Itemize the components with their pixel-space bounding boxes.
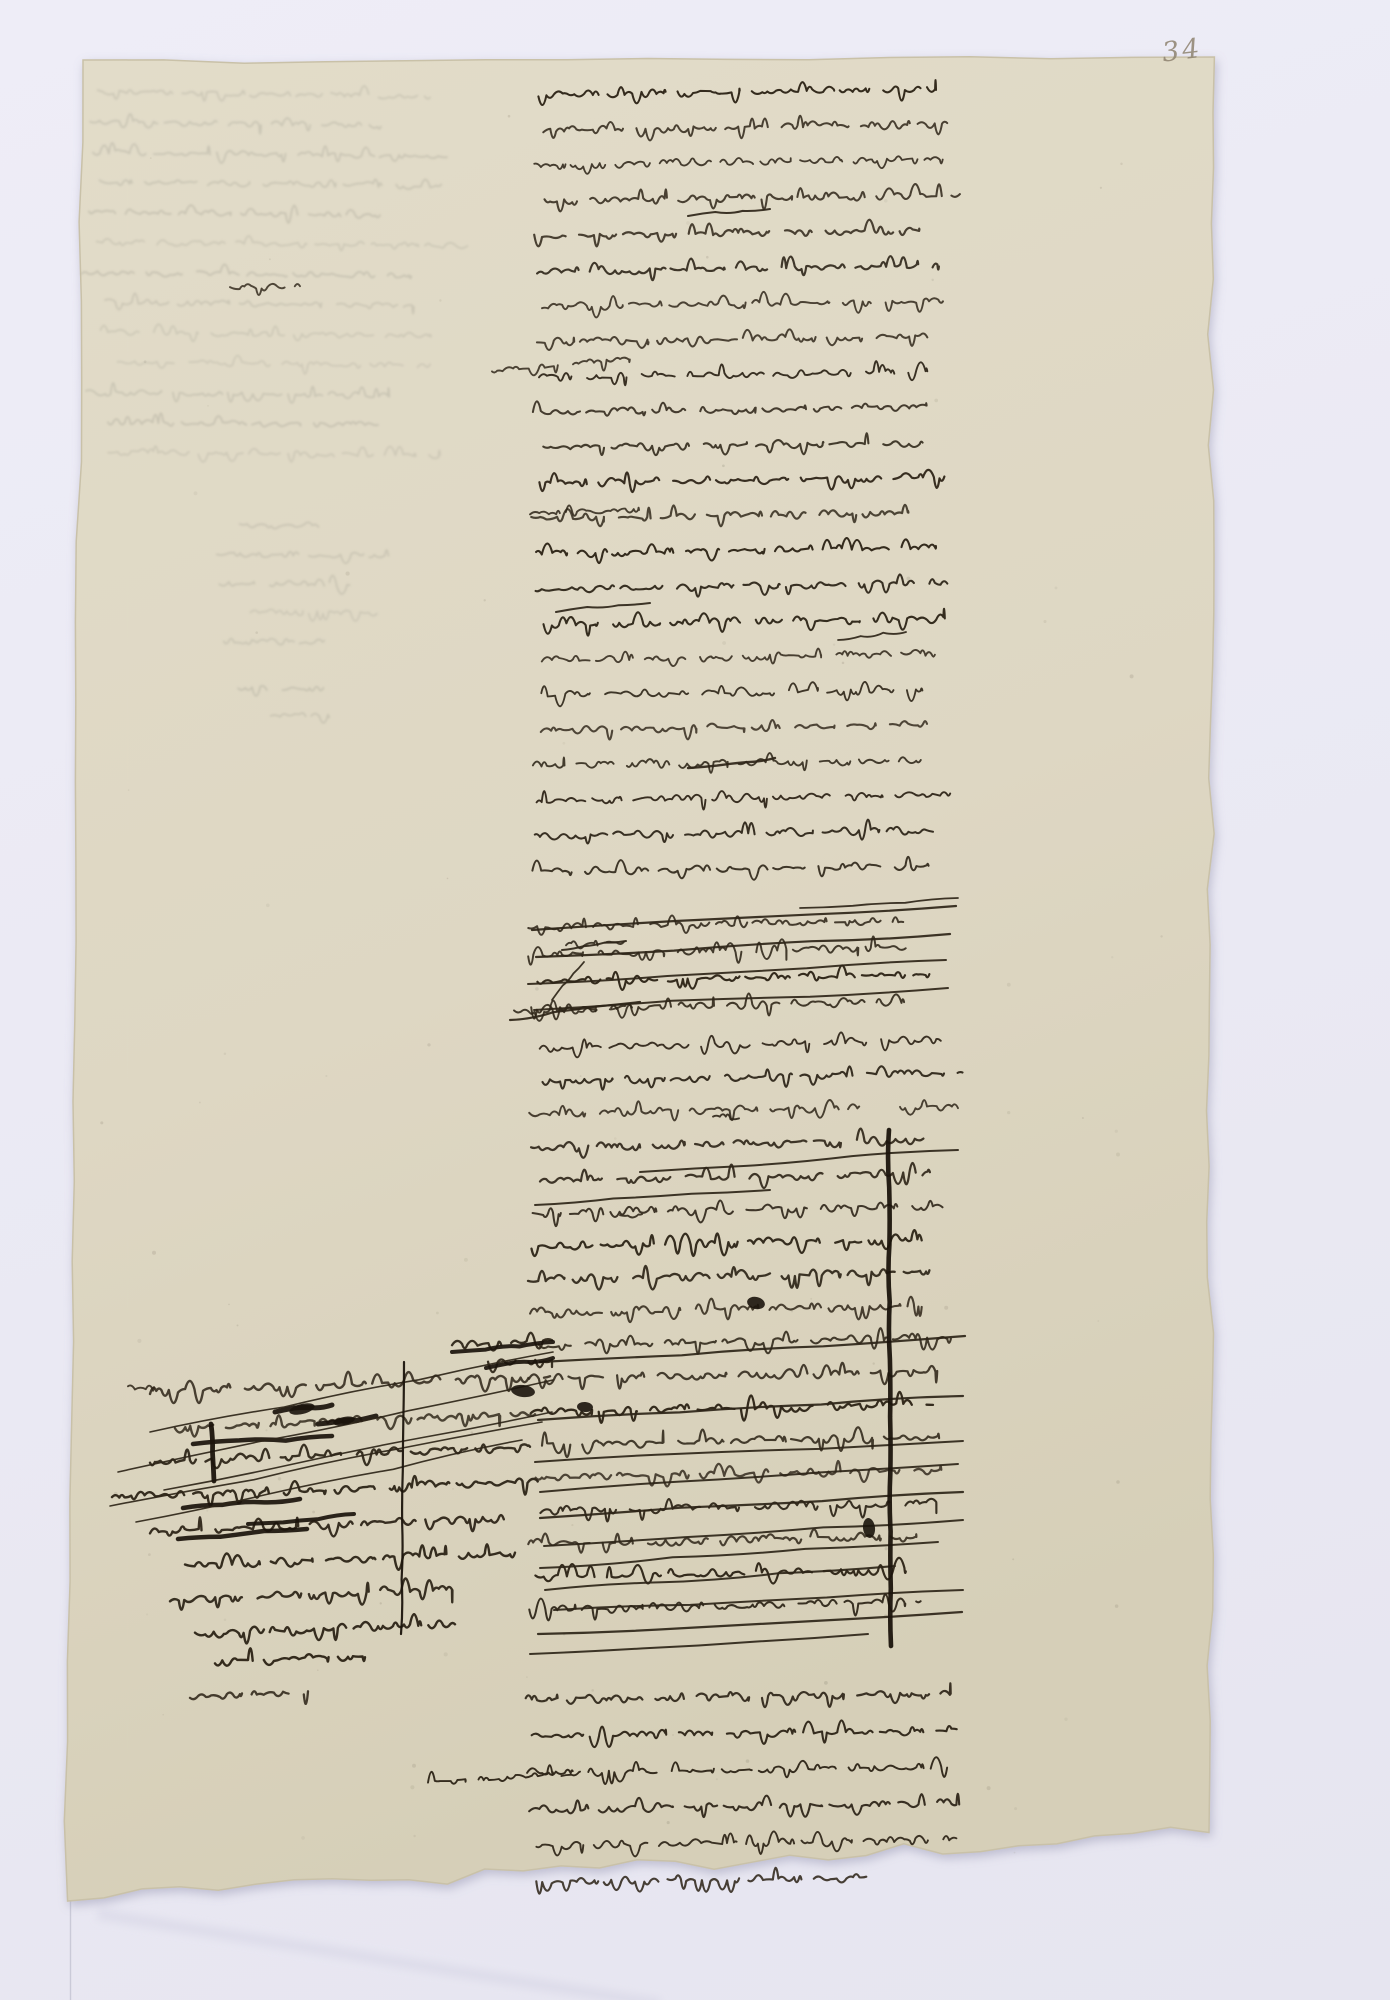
paper-speck: [128, 789, 130, 791]
paper-speck: [833, 643, 835, 645]
backdrop-details: [71, 1896, 661, 2000]
vertical-cancel-line: [888, 1130, 891, 1646]
script-line: [536, 1868, 866, 1894]
paper-speck: [580, 1075, 582, 1077]
paper-speck: [137, 1339, 141, 1343]
paper-speck: [146, 1613, 148, 1615]
paper-speck: [412, 1764, 416, 1768]
paper-speck: [452, 1488, 454, 1490]
paper-speck: [508, 115, 511, 118]
paper-speck: [1097, 1320, 1099, 1322]
paper-speck: [1115, 1130, 1118, 1133]
paper-speck: [237, 1324, 239, 1326]
paper-speck: [535, 987, 539, 991]
paper-speck: [1100, 187, 1102, 189]
paper-speck: [484, 599, 486, 601]
paper-speck: [885, 1547, 888, 1550]
paper-speck: [873, 1362, 875, 1364]
paper-speck: [824, 1681, 828, 1685]
paper-speck: [571, 1524, 573, 1526]
paper-speck: [591, 1689, 594, 1692]
paper-speck: [746, 1759, 750, 1763]
paper-speck: [148, 1553, 151, 1556]
paper-speck: [1043, 620, 1046, 623]
paper-speck: [722, 641, 726, 645]
paper-speck: [1115, 1604, 1119, 1608]
paper-speck: [228, 1304, 230, 1306]
paper-speck: [1082, 1117, 1084, 1119]
paper-speck: [207, 405, 209, 407]
paper-speck: [346, 572, 350, 576]
paper-speck: [265, 1429, 267, 1431]
paper-speck: [380, 1602, 382, 1604]
paper-speck: [672, 1734, 674, 1736]
paper-speck: [1116, 1153, 1120, 1157]
paper-speck: [1111, 956, 1113, 958]
paper-speck: [444, 1652, 448, 1656]
paper-speck: [162, 1714, 164, 1716]
paper-speck: [436, 1312, 439, 1315]
scan-backdrop: 34: [0, 0, 1390, 2000]
paper-speck: [150, 157, 152, 159]
manuscript-page: [0, 0, 1390, 2000]
paper-speck: [301, 1836, 305, 1840]
paper-speck: [194, 491, 198, 495]
vertical-cancel-line: [211, 1424, 214, 1481]
paper-speck: [325, 1075, 327, 1077]
paper-speck: [266, 904, 270, 908]
paper-speck: [1130, 674, 1134, 678]
paper-speck: [413, 1835, 415, 1837]
paper-speck: [934, 399, 938, 403]
paper-speck: [100, 1121, 103, 1124]
paper-speck: [224, 1619, 227, 1622]
paper-speck: [944, 1306, 948, 1310]
paper-speck: [931, 279, 933, 281]
paper-speck: [706, 256, 709, 259]
paper-speck: [686, 221, 690, 225]
paper-speck: [722, 464, 725, 467]
paper-speck: [1007, 1111, 1010, 1114]
backdrop-crease: [98, 1914, 660, 2000]
paper-speck: [987, 1786, 991, 1790]
paper-speck: [447, 878, 449, 880]
paper-speck: [1007, 983, 1011, 987]
paper-speck: [1014, 1807, 1017, 1810]
paper-speck: [278, 1477, 281, 1480]
paper-speck: [1014, 1852, 1016, 1854]
paper-speck: [842, 662, 845, 665]
paper-speck: [317, 1669, 319, 1671]
paper-speck: [1055, 586, 1058, 589]
paper-speck: [1012, 1558, 1014, 1560]
paper-speck: [206, 1510, 208, 1512]
paper-speck: [199, 1102, 201, 1104]
paper-speck: [152, 1251, 156, 1255]
paper-speck: [464, 1258, 468, 1262]
paper-speck: [884, 199, 888, 203]
paper-speck: [255, 631, 258, 634]
paper-speck: [1064, 1718, 1067, 1721]
paper-speck: [410, 1785, 414, 1789]
paper-speck: [312, 1511, 315, 1514]
paper-speck: [224, 1053, 227, 1056]
paper-speck: [439, 299, 441, 301]
paper-speck: [1116, 1480, 1120, 1484]
paper-speck: [784, 512, 786, 514]
paper-speck: [614, 1137, 617, 1140]
paper-speck: [810, 1298, 812, 1300]
paper-speck: [716, 1778, 718, 1780]
paper-speck: [427, 1043, 430, 1046]
paper-speck: [1160, 935, 1162, 937]
paper-speck: [1120, 163, 1122, 165]
paper-speck: [667, 1821, 670, 1824]
paper-speck: [563, 742, 566, 745]
paper-speck: [269, 258, 271, 260]
paper-speck: [526, 1676, 528, 1678]
